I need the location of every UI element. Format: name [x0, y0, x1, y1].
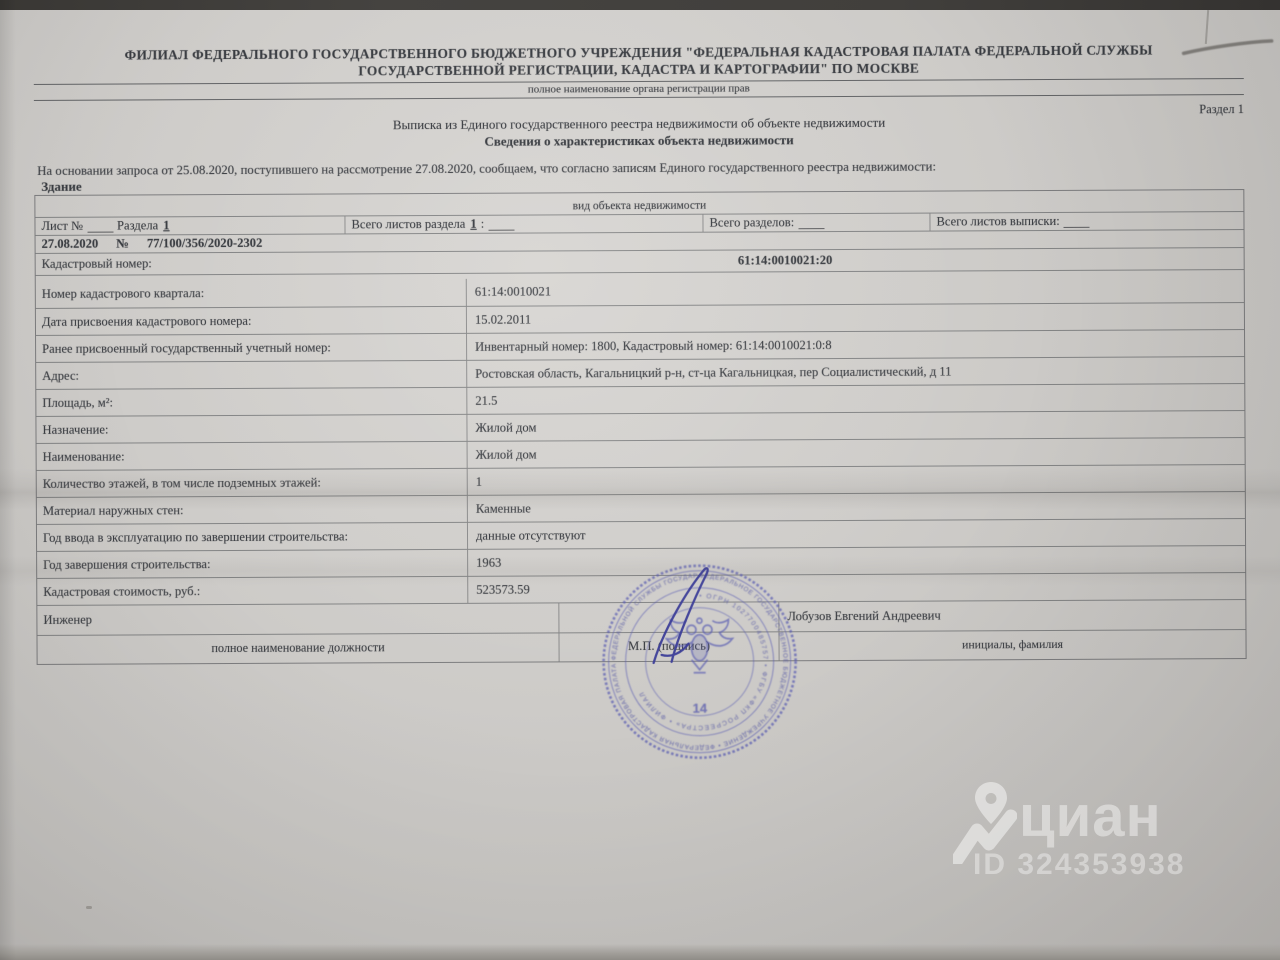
photo-edge-bottom: [0, 944, 1280, 960]
row-label: Номер кадастрового квартала:: [36, 279, 467, 308]
row-value: Жилой дом: [468, 444, 1245, 463]
blank-line: [1064, 215, 1090, 227]
total-extract-sheets-cell: Всего листов выписки:: [930, 212, 1243, 231]
row-value: 21.5: [467, 390, 1244, 409]
row-label: Год ввода в эксплуатацию по завершении с…: [37, 523, 468, 551]
dust-speck: [86, 906, 92, 909]
blank-line: [488, 218, 514, 230]
row-value: 61:14:0010021: [467, 281, 1244, 300]
row-label: Адрес:: [36, 361, 467, 389]
total-sections-cell: Всего разделов:: [703, 214, 930, 232]
total-sheets-cell: Всего листов раздела 1 :: [345, 215, 703, 234]
cadastral-number-value: 61:14:0010021:20: [467, 251, 1244, 270]
row-label: Ранее присвоенный государственный учетны…: [36, 334, 467, 362]
row-value: 15.02.2011: [467, 309, 1244, 328]
cadastral-number-label: Кадастровый номер:: [36, 255, 467, 272]
cian-watermark: циан ID 324353938: [945, 780, 1205, 885]
row-label: Назначение:: [36, 415, 467, 443]
position-caption: полное наименование должности: [37, 633, 559, 664]
row-value: Инвентарный номер: 1800, Кадастровый ном…: [467, 336, 1244, 355]
row-label: Дата присвоения кадастрового номера:: [36, 307, 467, 335]
intro-text: На основании запроса от 25.08.2020, пост…: [37, 158, 1247, 179]
position-cell: Инженер: [37, 603, 559, 634]
watermark-brand: циан: [1019, 788, 1162, 846]
seal-number: 14: [693, 701, 708, 716]
photo-edge-top: [0, 0, 1280, 10]
name-cell: Лобузов Евгений Андреевич: [779, 600, 1245, 631]
watermark-id: ID 324353938: [973, 848, 1186, 882]
row-label: Наименование:: [37, 442, 468, 470]
name-caption: инициалы, фамилия: [779, 630, 1245, 661]
number-sign: №: [116, 236, 129, 251]
row-value: Жилой дом: [467, 417, 1244, 436]
paper-edge-shadow: [0, 0, 16, 960]
sheet-number-cell: Лист № Раздела 1: [35, 216, 345, 235]
org-name: ФИЛИАЛ ФЕДЕРАЛЬНОГО ГОСУДАРСТВЕННОГО БЮД…: [34, 41, 1244, 81]
paper-crease: [0, 556, 1280, 586]
pencil-mark: [1182, 39, 1274, 57]
document-photo: ФИЛИАЛ ФЕДЕРАЛЬНОГО ГОСУДАРСТВЕННОГО БЮД…: [0, 0, 1280, 960]
extract-number: 77/100/356/2020-2302: [147, 236, 263, 252]
row-label: Площадь, м²:: [36, 388, 467, 416]
paper-crease: [0, 468, 1280, 510]
object-type: Здание: [41, 179, 81, 195]
row-value: данные отсутствуют: [468, 525, 1245, 544]
row-value: Ростовская область, Кагальницкий р-н, ст…: [467, 363, 1244, 382]
extract-date: 27.08.2020: [42, 237, 99, 252]
blank-line: [798, 217, 824, 229]
blank-line: [87, 220, 113, 232]
